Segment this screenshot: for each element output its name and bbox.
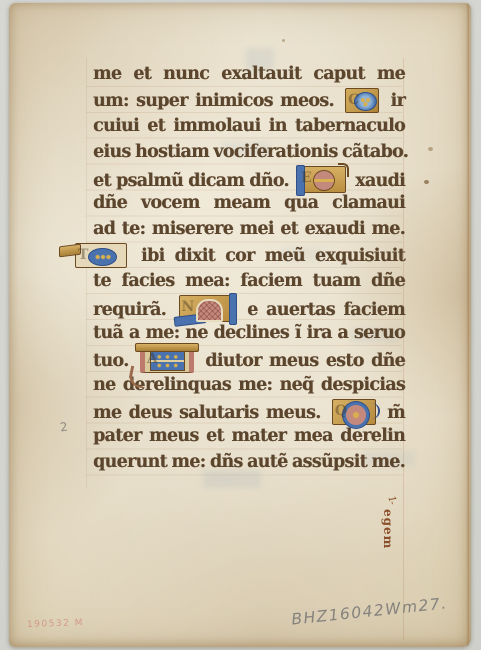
line-text: me deus salutaris meus. bbox=[93, 403, 321, 423]
text-line: tuo. A diutor meus esto dñe bbox=[93, 347, 405, 373]
illuminated-initial-Q: Q bbox=[332, 399, 376, 425]
vertical-margin-note: 1- egem bbox=[381, 495, 395, 553]
text-line: requirã. N e auertas faciem bbox=[93, 295, 405, 321]
line-text: me et nunc exaltauit caput me bbox=[93, 64, 405, 84]
gothic-text-block: me et nunc exaltauit caput me um: super … bbox=[93, 62, 405, 476]
illuminated-initial-N: N bbox=[179, 295, 235, 322]
line-text: ir bbox=[391, 91, 405, 111]
line-text: ibi dixit cor meũ exquisiuit bbox=[141, 246, 405, 266]
initial-ornament bbox=[196, 299, 223, 322]
initial-ornament bbox=[313, 170, 335, 191]
text-line: cuiui et immolaui in tabernaculo bbox=[93, 114, 405, 140]
line-text: et psalmũ dicam dño. bbox=[93, 171, 289, 191]
line-text: ad te: miserere mei et exaudi me. bbox=[93, 219, 405, 239]
text-line: querunt me: dñs autẽ assũpsit me. bbox=[93, 450, 405, 476]
ink-speck bbox=[428, 147, 433, 151]
margin-note-text: egem bbox=[381, 509, 395, 549]
text-line: me deus salutaris meus. Q m̃ bbox=[93, 399, 405, 425]
line-text: m̃ bbox=[387, 403, 405, 423]
photograph-of-manuscript-leaf: me et nunc exaltauit caput me um: super … bbox=[0, 0, 481, 650]
illuminated-initial-E: E bbox=[298, 166, 346, 193]
text-line: eius hostiam vociferationis cãtabo. bbox=[93, 140, 405, 166]
inventory-number-red: 190532 M bbox=[27, 618, 84, 630]
text-line: dñe vocem meam qua clamaui bbox=[93, 191, 405, 217]
text-line: me et nunc exaltauit caput me bbox=[93, 62, 405, 88]
line-text: pater meus et mater mea derelin bbox=[93, 426, 405, 446]
line-text: um: super inimicos meos. bbox=[93, 91, 334, 111]
initial-ornament bbox=[88, 248, 117, 266]
ink-speck bbox=[424, 180, 429, 184]
line-text: cuiui et immolaui in tabernaculo bbox=[93, 116, 405, 136]
text-line: et psalmũ dicam dño. E xaudi bbox=[93, 166, 405, 192]
margin-note-mark: 1- bbox=[385, 495, 396, 505]
line-text: querunt me: dñs autẽ assũpsit me. bbox=[93, 452, 405, 472]
line-text: te facies mea: faciem tuam dñe bbox=[93, 271, 405, 291]
ink-speck bbox=[282, 39, 285, 42]
text-line: pater meus et mater mea derelin bbox=[93, 424, 405, 450]
text-line: um: super inimicos meos. C ir bbox=[93, 88, 405, 114]
text-line: te facies mea: faciem tuam dñe bbox=[93, 269, 405, 295]
vertical-ruling-line bbox=[86, 58, 87, 488]
line-text: eius hostiam vociferationis cãtabo. bbox=[93, 142, 408, 162]
line-text: e auertas faciem bbox=[247, 300, 405, 320]
line-text: requirã. bbox=[93, 300, 166, 320]
text-line: T ibi dixit cor meũ exquisiuit bbox=[71, 243, 405, 269]
line-text: tuo. bbox=[93, 351, 128, 371]
line-text: tuã a me: ne declines ĩ ira a seruo bbox=[93, 323, 405, 343]
line-text: xaudi bbox=[355, 171, 405, 191]
illuminated-initial-A: A bbox=[140, 347, 194, 373]
illuminated-initial-C: C bbox=[345, 88, 379, 113]
line-text: diutor meus esto dñe bbox=[205, 351, 405, 371]
line-text: dñe vocem meam qua clamaui bbox=[93, 193, 405, 213]
illuminated-initial-T: T bbox=[75, 243, 127, 268]
text-line: ad te: miserere mei et exaudi me. bbox=[93, 217, 405, 243]
